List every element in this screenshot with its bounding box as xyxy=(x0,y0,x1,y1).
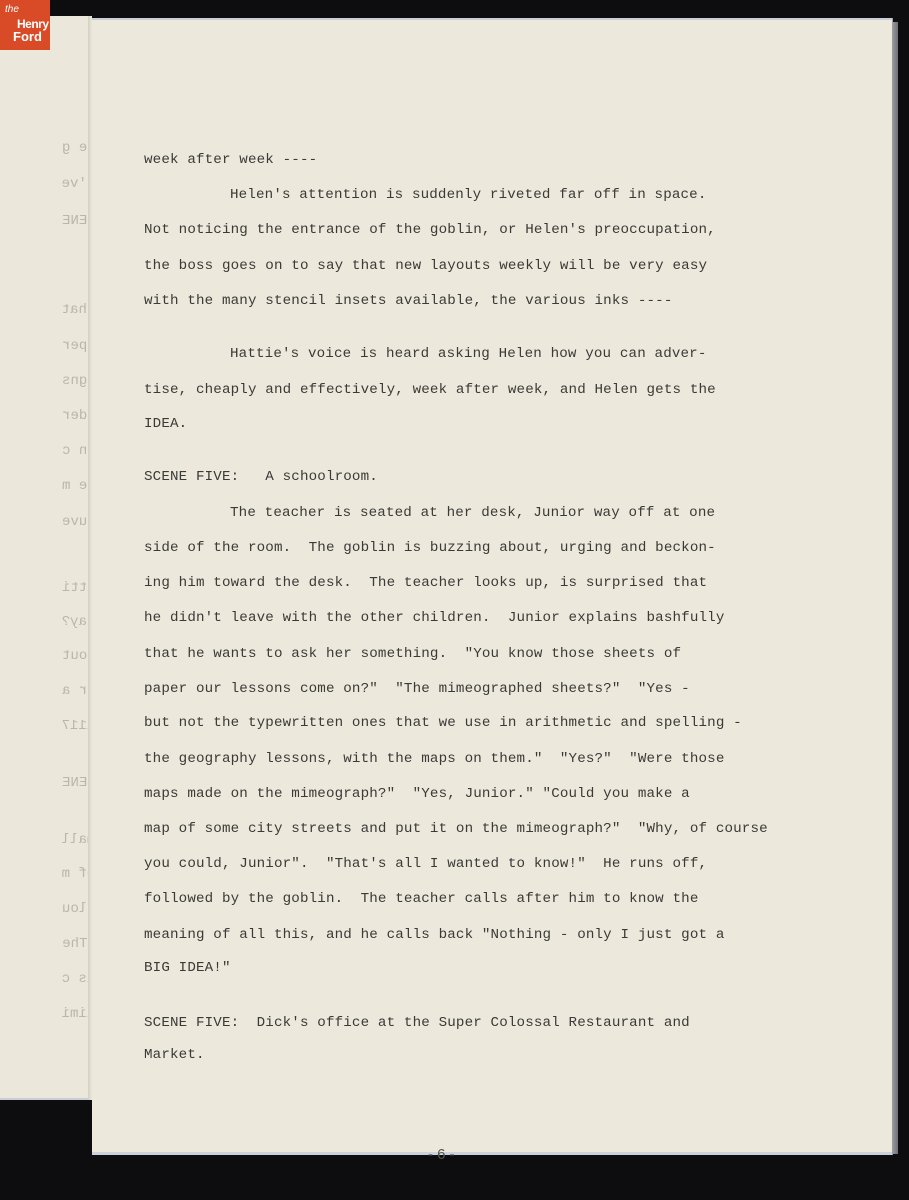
typed-line: The teacher is seated at her desk, Junio… xyxy=(230,505,715,521)
typed-line: map of some city streets and put it on t… xyxy=(144,821,768,837)
typed-line: maps made on the mimeograph?" "Yes, Juni… xyxy=(144,786,690,802)
typed-line: ing him toward the desk. The teacher loo… xyxy=(144,575,707,591)
page-number: - 6 - xyxy=(428,1146,455,1163)
typed-line: followed by the goblin. The teacher call… xyxy=(144,891,699,907)
logo-text-ford: Ford xyxy=(13,30,42,43)
typed-line: meaning of all this, and he calls back "… xyxy=(144,927,724,943)
typed-line: that he wants to ask her something. "You… xyxy=(144,646,681,662)
page-right-edge xyxy=(892,22,898,1154)
typed-line: tise, cheaply and effectively, week afte… xyxy=(144,382,716,398)
bleed-through-text: The xyxy=(62,936,87,952)
typed-line: Hattie's voice is heard asking Helen how… xyxy=(230,346,707,362)
typed-line: SCENE FIVE: A schoolroom. xyxy=(144,469,378,485)
typed-line: with the many stencil insets available, … xyxy=(144,293,673,309)
typed-line: BIG IDEA!" xyxy=(144,960,231,976)
previous-page-edge: The gI'veSCENEthata persignsorderrun cth… xyxy=(0,16,90,1100)
typed-line: Helen's attention is suddenly riveted fa… xyxy=(230,187,707,203)
typed-line: side of the room. The goblin is buzzing … xyxy=(144,540,716,556)
typed-line: IDEA. xyxy=(144,416,187,432)
typed-line: Not noticing the entrance of the goblin,… xyxy=(144,222,716,238)
typed-line: paper our lessons come on?" "The mimeogr… xyxy=(144,681,690,697)
typed-line: the geography lessons, with the maps on … xyxy=(144,751,724,767)
henry-ford-logo: the Henry Ford xyxy=(0,0,50,50)
typed-line: he didn't leave with the other children.… xyxy=(144,610,724,626)
typed-line: you could, Junior". "That's all I wanted… xyxy=(144,856,707,872)
typed-line: the boss goes on to say that new layouts… xyxy=(144,258,707,274)
typed-line: Market. xyxy=(144,1047,205,1063)
scanned-document-viewer: The gI'veSCENEthata persignsorderrun cth… xyxy=(0,0,909,1200)
typed-line: week after week ---- xyxy=(144,152,317,168)
typed-line: but not the typewritten ones that we use… xyxy=(144,715,742,731)
logo-text-the: the xyxy=(5,5,19,15)
typed-line: SCENE FIVE: Dick's office at the Super C… xyxy=(144,1015,690,1031)
